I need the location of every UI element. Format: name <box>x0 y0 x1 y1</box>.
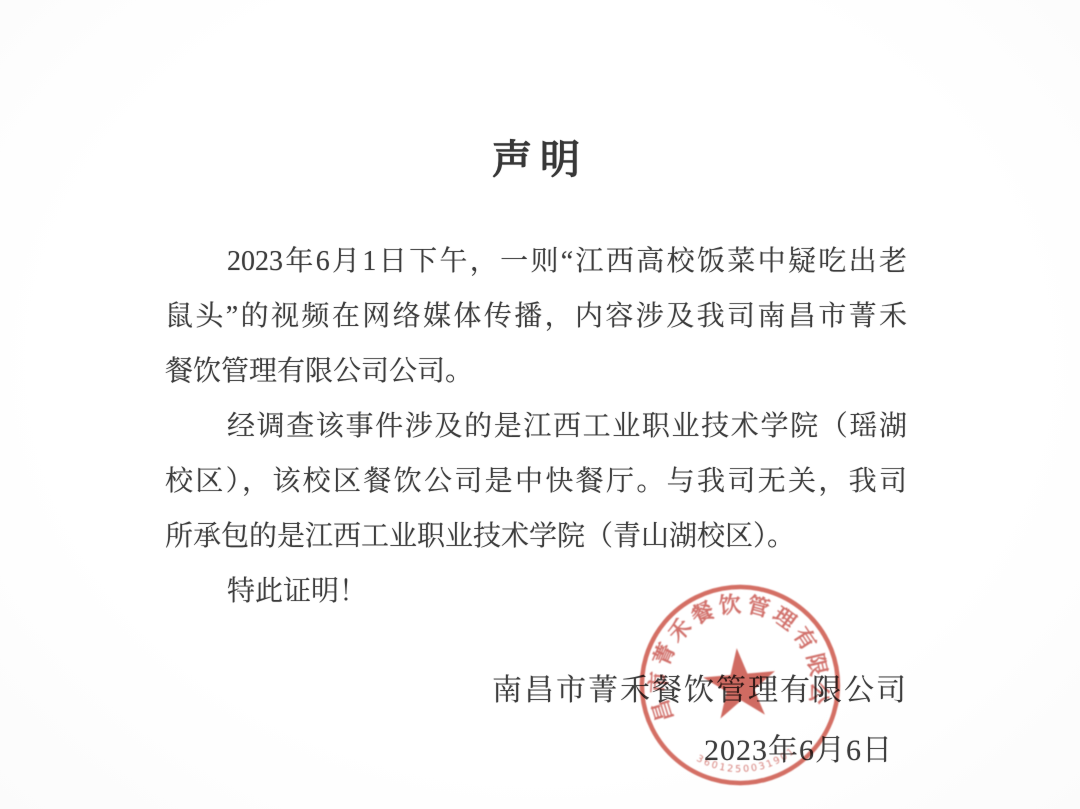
statement-document: 声明 2023年6月1日下午，一则“江西高校饭菜中疑吃出老 鼠头”的视频在网络媒… <box>0 0 1080 809</box>
star-icon <box>701 645 779 720</box>
company-seal-stamp: 南昌市菁禾餐饮管理有限公司 3601250031901 <box>625 571 855 801</box>
statement-body: 2023年6月1日下午，一则“江西高校饭菜中疑吃出老 鼠头”的视频在网络媒体传播… <box>165 234 907 619</box>
statement-line: 校区），该校区餐饮公司是中快餐厅。与我司无关，我司 <box>165 454 907 509</box>
document-title: 声明 <box>0 134 1080 186</box>
statement-line: 2023年6月1日下午，一则“江西高校饭菜中疑吃出老 <box>165 234 907 289</box>
statement-line: 所承包的是江西工业职业技术学院（青山湖校区）。 <box>165 509 907 564</box>
statement-line: 餐饮管理有限公司公司。 <box>165 344 907 399</box>
statement-line: 鼠头”的视频在网络媒体传播，内容涉及我司南昌市菁禾 <box>165 289 907 344</box>
statement-line: 经调查该事件涉及的是江西工业职业技术学院（瑶湖 <box>165 399 907 454</box>
